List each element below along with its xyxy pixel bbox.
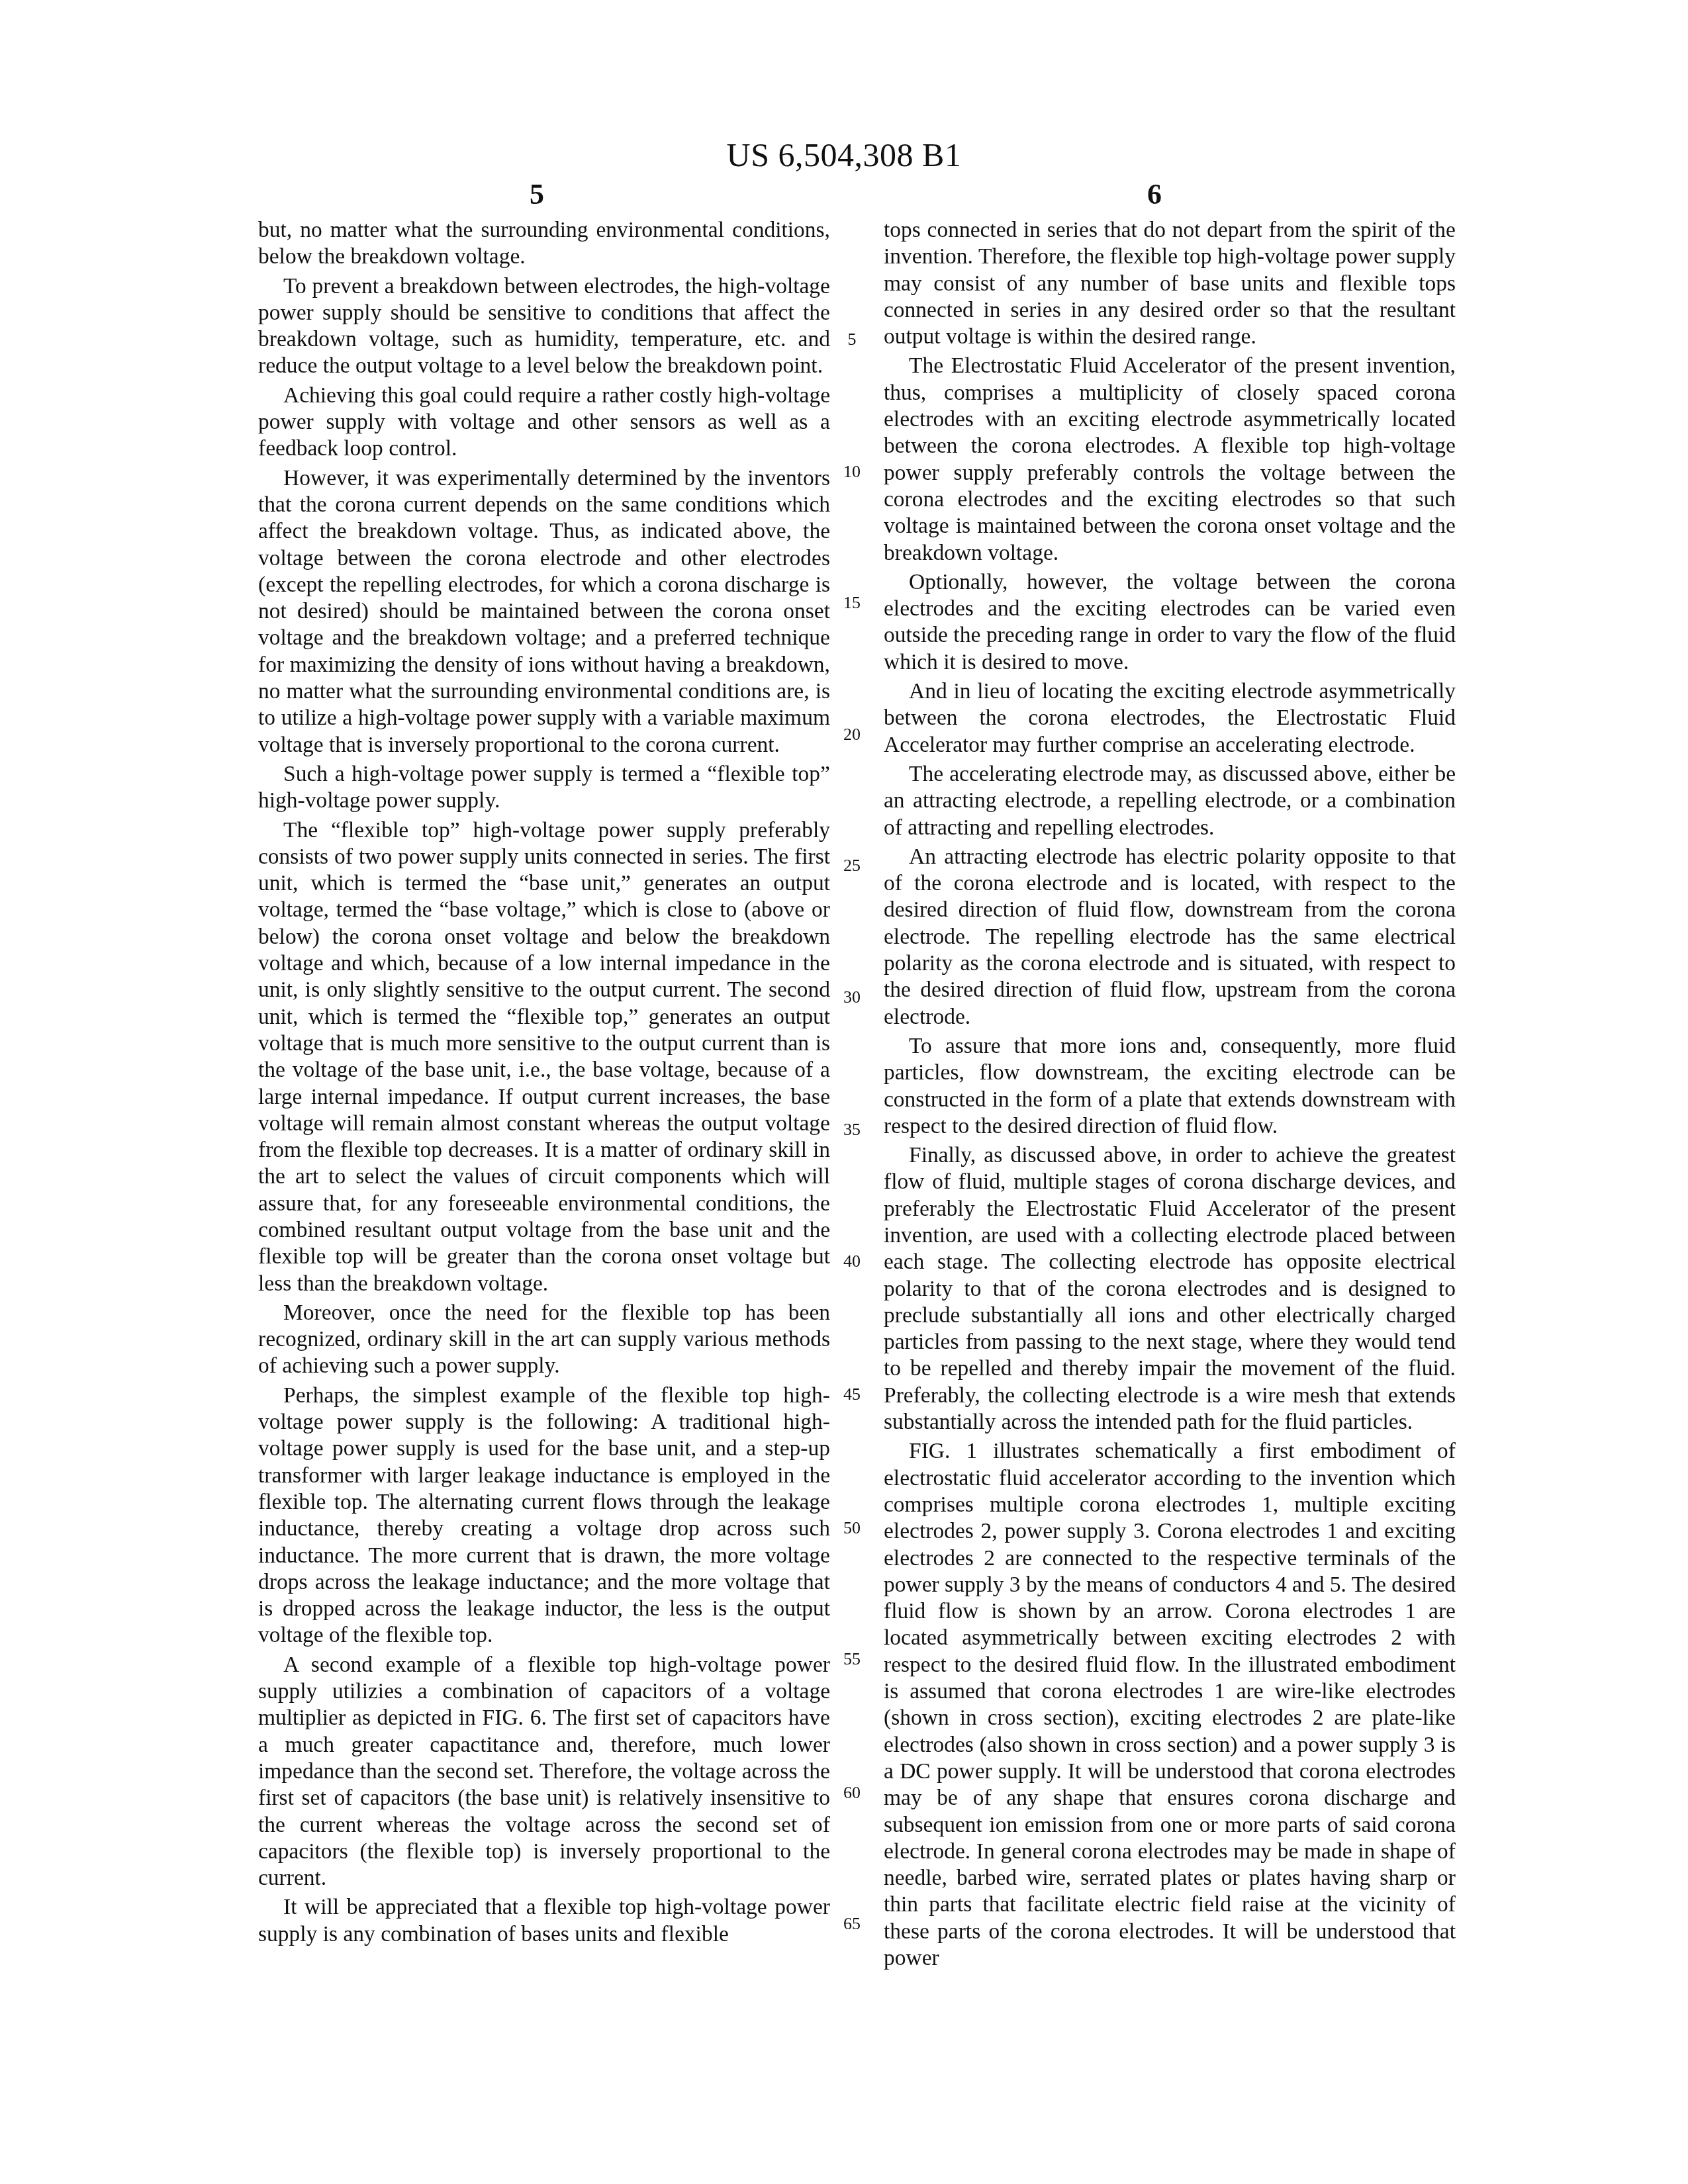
- paragraph: Achieving this goal could require a rath…: [258, 383, 830, 463]
- paragraph: A second example of a flexible top high-…: [258, 1652, 830, 1892]
- line-number: 50: [835, 1518, 868, 1538]
- line-number: 45: [835, 1385, 868, 1404]
- line-number: 20: [835, 725, 868, 745]
- paragraph: The accelerating electrode may, as discu…: [884, 761, 1456, 841]
- paragraph: The Electrostatic Fluid Accelerator of t…: [884, 353, 1456, 566]
- line-number: 60: [835, 1783, 868, 1803]
- paragraph: FIG. 1 illustrates schematically a first…: [884, 1438, 1456, 1972]
- line-number: 15: [835, 593, 868, 613]
- paragraph: Moreover, once the need for the flexible…: [258, 1300, 830, 1380]
- line-number: 35: [835, 1120, 868, 1140]
- paragraph: It will be appreciated that a flexible t…: [258, 1894, 830, 1948]
- line-number: 10: [835, 462, 868, 482]
- paragraph: Perhaps, the simplest example of the fle…: [258, 1383, 830, 1649]
- paragraph: Finally, as discussed above, in order to…: [884, 1142, 1456, 1435]
- paragraph: However, it was experimentally determine…: [258, 465, 830, 758]
- paragraph: The “flexible top” high-voltage power su…: [258, 817, 830, 1297]
- right-column-text: tops connected in series that do not dep…: [884, 217, 1456, 1972]
- paragraph: To prevent a breakdown between electrode…: [258, 273, 830, 380]
- paragraph: To assure that more ions and, consequent…: [884, 1033, 1456, 1140]
- line-number: 55: [835, 1649, 868, 1669]
- paragraph: but, no matter what the surrounding envi…: [258, 217, 830, 271]
- line-number: 30: [835, 987, 868, 1007]
- paragraph: And in lieu of locating the exciting ele…: [884, 678, 1456, 758]
- patent-number-header: US 6,504,308 B1: [0, 136, 1688, 174]
- line-number: 5: [835, 330, 868, 349]
- paragraph: Such a high-voltage power supply is term…: [258, 761, 830, 815]
- left-column-text: but, no matter what the surrounding envi…: [258, 217, 830, 1948]
- paragraph: Optionally, however, the voltage between…: [884, 569, 1456, 676]
- line-number: 65: [835, 1914, 868, 1934]
- line-number: 25: [835, 856, 868, 876]
- paragraph: An attracting electrode has electric pol…: [884, 844, 1456, 1030]
- line-number: 40: [835, 1251, 868, 1271]
- column-number-left: 5: [530, 177, 544, 211]
- column-number-right: 6: [1147, 177, 1162, 211]
- paragraph: tops connected in series that do not dep…: [884, 217, 1456, 350]
